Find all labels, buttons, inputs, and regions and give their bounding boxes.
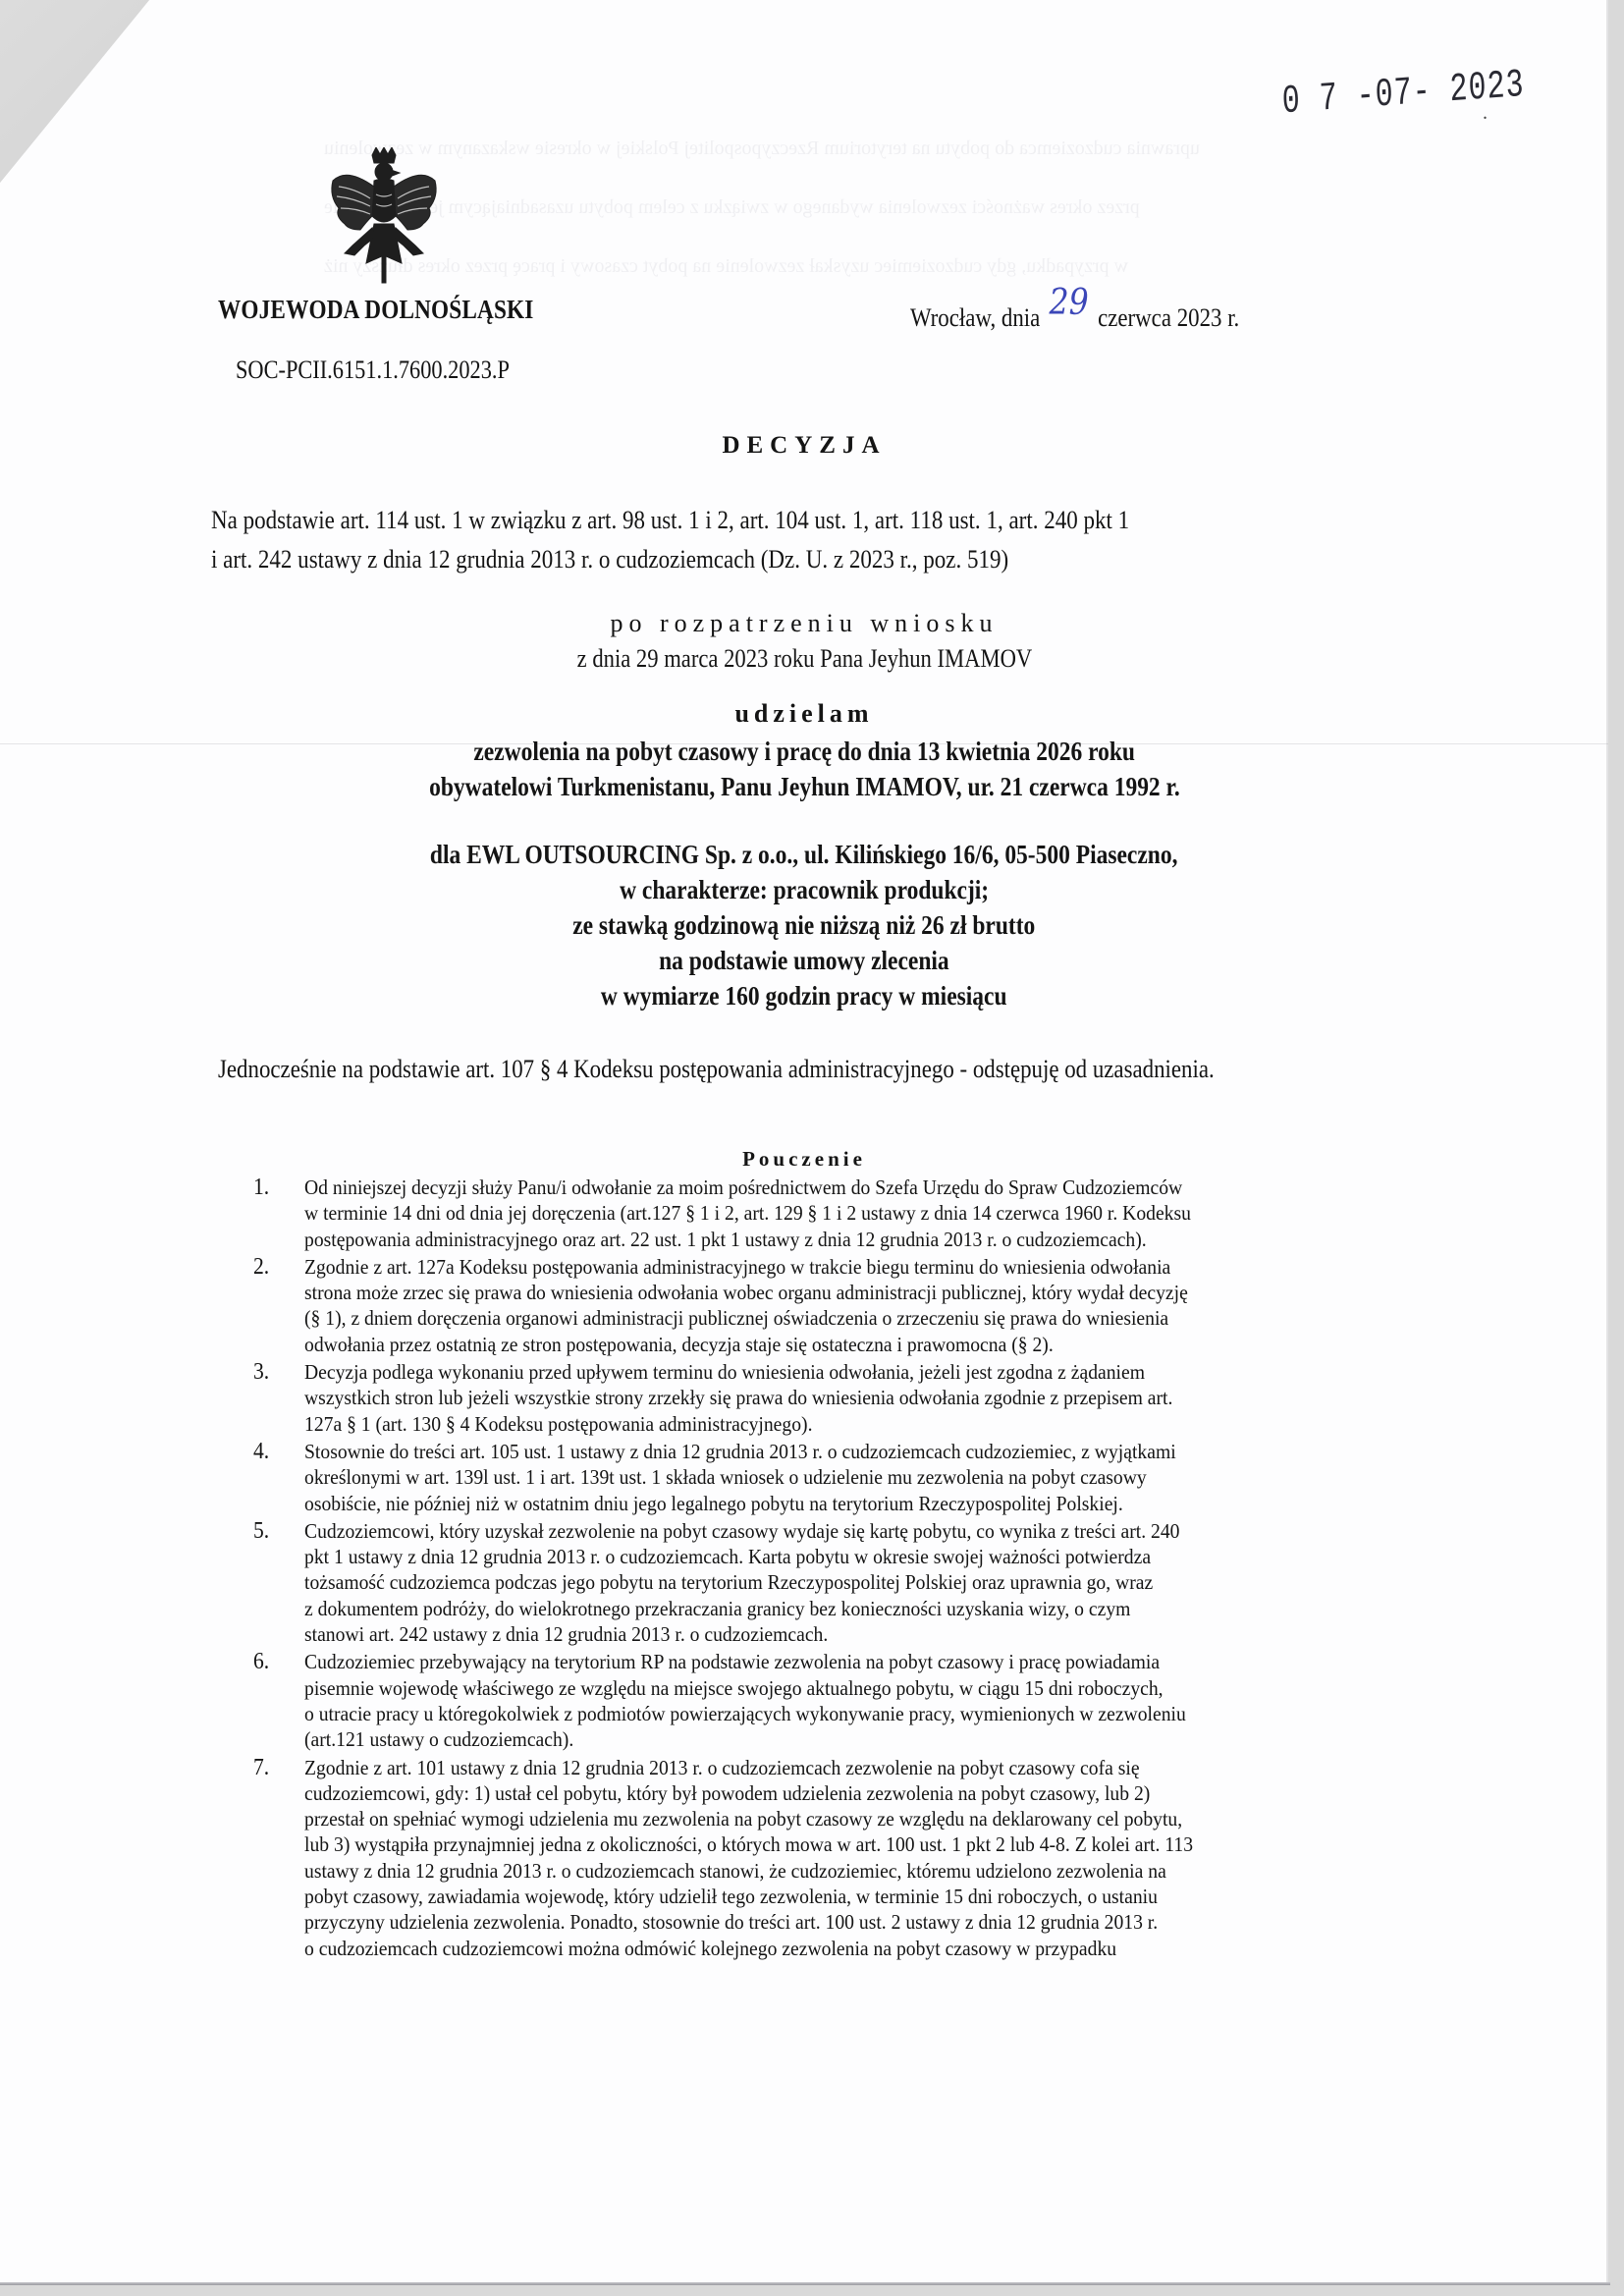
item-text: Cudzoziemiec przebywający na terytorium … bbox=[304, 1649, 1387, 1752]
justification-waiver: Jednocześnie na podstawie art. 107 § 4 K… bbox=[218, 1055, 1215, 1084]
handwritten-day: 29 bbox=[1046, 283, 1092, 323]
item-number: 6. bbox=[253, 1649, 269, 1674]
employer-line: dla EWL OUTSOURCING Sp. z o.o., ul. Kili… bbox=[0, 840, 1608, 870]
instruction-item: 2. Zgodnie z art. 127a Kodeksu postępowa… bbox=[245, 1254, 1394, 1357]
instructions-list: 1. Od niniejszej decyzji służy Panu/i od… bbox=[245, 1175, 1394, 1961]
permit-line: zezwolenia na pobyt czasowy i pracę do d… bbox=[0, 737, 1608, 767]
instruction-item: 3. Decyzja podlega wykonaniu przed upływ… bbox=[245, 1359, 1394, 1437]
item-text: Stosownie do treści art. 105 ust. 1 usta… bbox=[304, 1439, 1387, 1516]
instruction-item: 4. Stosownie do treści art. 105 ust. 1 u… bbox=[245, 1439, 1394, 1516]
employer-line: w wymiarze 160 godzin pracy w miesiącu bbox=[0, 981, 1608, 1011]
received-date-stamp: 0 7 -07- 2023 bbox=[1281, 64, 1525, 126]
item-text: Cudzoziemcowi, który uzyskał zezwolenie … bbox=[304, 1518, 1387, 1647]
document-page: uprawnia cudzoziemca do pobytu na teryto… bbox=[0, 0, 1608, 2284]
item-text: Decyzja podlega wykonaniu przed upływem … bbox=[304, 1359, 1387, 1437]
item-text: Od niniejszej decyzji służy Panu/i odwoł… bbox=[304, 1175, 1387, 1252]
reverse-side-bleed: przez okres ważności zezwolenia wydanego… bbox=[324, 196, 1140, 219]
application-text: z dnia 29 marca 2023 roku Pana Jeyhun IM… bbox=[576, 644, 1032, 674]
instruction-item: 5. Cudzoziemcowi, który uzyskał zezwolen… bbox=[245, 1518, 1394, 1647]
permit-line: obywatelowi Turkmenistanu, Panu Jeyhun I… bbox=[0, 772, 1608, 802]
instruction-item: 1. Od niniejszej decyzji służy Panu/i od… bbox=[245, 1175, 1394, 1252]
employer-line: na podstawie umowy zlecenia bbox=[0, 946, 1608, 976]
reverse-side-bleed: w przypadku, gdy cudzoziemiec uzyskał ze… bbox=[324, 255, 1128, 278]
place-date-suffix: czerwca 2023 r. bbox=[1098, 303, 1239, 332]
page-right-edge bbox=[1606, 0, 1608, 2284]
legal-basis-line: Na podstawie art. 114 ust. 1 w związku z… bbox=[211, 501, 1129, 540]
after-review-heading: po rozpatrzeniu wniosku bbox=[0, 609, 1608, 638]
page-bottom-edge bbox=[0, 2282, 1610, 2285]
case-reference-number: SOC-PCII.6151.1.7600.2023.P bbox=[236, 355, 510, 385]
item-number: 1. bbox=[253, 1175, 269, 1200]
item-text: Zgodnie z art. 101 ustawy z dnia 12 grud… bbox=[304, 1755, 1387, 1961]
polish-eagle-emblem-icon bbox=[327, 147, 441, 285]
employer-line: w charakterze: pracownik produkcji; bbox=[0, 875, 1608, 905]
instruction-item: 7. Zgodnie z art. 101 ustawy z dnia 12 g… bbox=[245, 1755, 1394, 1961]
employer-line: ze stawką godzinową nie niższą niż 26 zł… bbox=[0, 910, 1608, 941]
instruction-item: 6. Cudzoziemiec przebywający na terytori… bbox=[245, 1649, 1394, 1752]
instructions-title: Pouczenie bbox=[0, 1147, 1608, 1172]
item-number: 4. bbox=[253, 1439, 269, 1464]
item-number: 7. bbox=[253, 1755, 269, 1780]
reverse-side-bleed: uprawnia cudzoziemca do pobytu na teryto… bbox=[324, 137, 1200, 160]
item-number: 2. bbox=[253, 1254, 269, 1280]
application-reference: z dnia 29 marca 2023 roku Pana Jeyhun IM… bbox=[0, 644, 1608, 674]
grant-heading: udzielam bbox=[0, 699, 1608, 729]
place-and-date: Wrocław, dnia 29 czerwca 2023 r. bbox=[910, 295, 1239, 335]
item-number: 3. bbox=[253, 1359, 269, 1385]
stamp-mark: . bbox=[1483, 102, 1488, 125]
item-text: Zgodnie z art. 127a Kodeksu postępowania… bbox=[304, 1254, 1387, 1357]
issuing-authority: WOJEWODA DOLNOŚLĄSKI bbox=[218, 295, 533, 325]
decision-title: DECYZJA bbox=[0, 432, 1608, 460]
place-date-prefix: Wrocław, dnia bbox=[910, 303, 1040, 332]
legal-basis-line: i art. 242 ustawy z dnia 12 grudnia 2013… bbox=[211, 540, 1129, 579]
item-number: 5. bbox=[253, 1518, 269, 1544]
legal-basis: Na podstawie art. 114 ust. 1 w związku z… bbox=[211, 501, 1129, 579]
